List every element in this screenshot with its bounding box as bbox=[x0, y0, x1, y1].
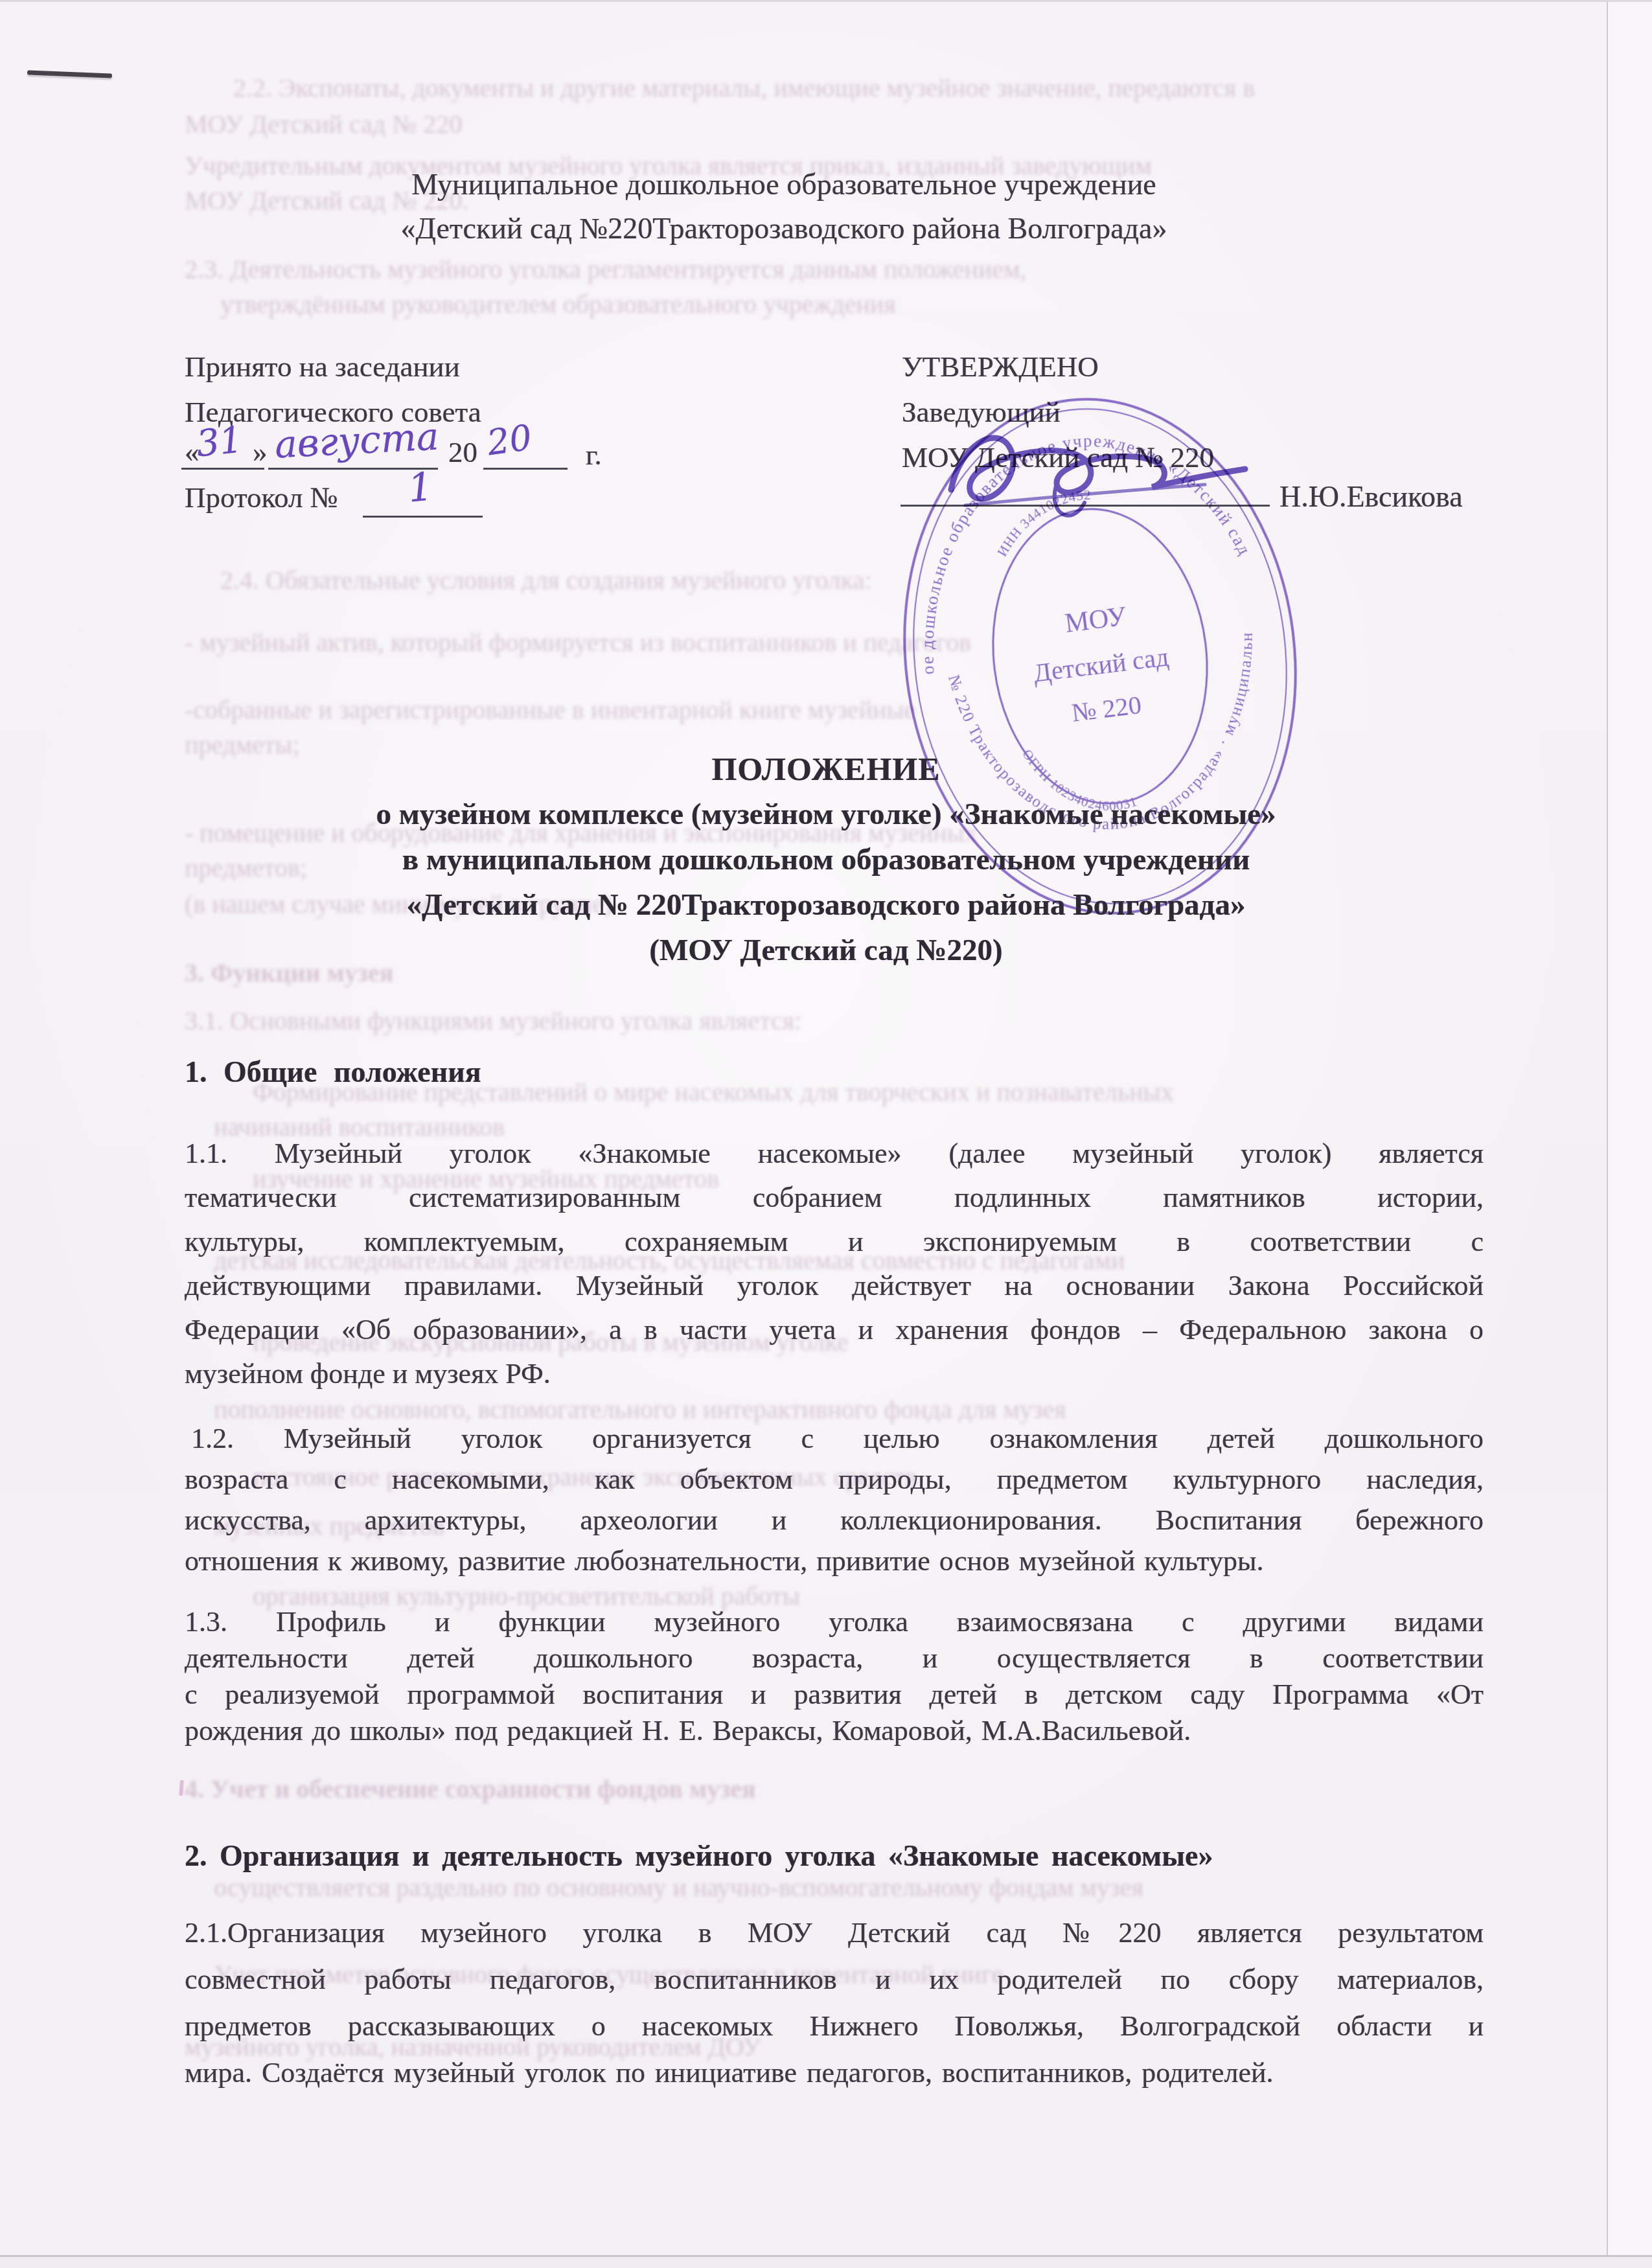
paragraph-1-2-line: искусства, архитектуры, археологии и кол… bbox=[185, 1504, 1484, 1537]
paragraph-1-1-line: культуры, комплектуемым, сохраняемым и э… bbox=[185, 1225, 1484, 1258]
handwritten-protocol-number: 1 bbox=[406, 464, 435, 511]
paragraph-1-2-line: возраста с насекомыми, как объектом прир… bbox=[185, 1463, 1484, 1496]
doc-title-line-3: в муниципальном дошкольном образовательн… bbox=[175, 842, 1477, 877]
paper-top-edge bbox=[0, 0, 1652, 2]
paragraph-1-3-line: деятельности детей дошкольного возраста,… bbox=[185, 1642, 1484, 1675]
year-printed: 20 bbox=[448, 435, 477, 469]
paragraph-1-1-line: Федерации «Об образовании», а в части уч… bbox=[185, 1313, 1484, 1346]
bleedthrough-text: 3.1. Основными функциями музейного уголк… bbox=[185, 1005, 801, 1036]
doc-title-line-4: «Детский сад № 220Тракторозаводского рай… bbox=[175, 888, 1477, 922]
paragraph-1-1-line: музейном фонде и музеях РФ. bbox=[185, 1357, 1484, 1390]
bleedthrough-text: 4. Учет и обеспечение сохранности фондов… bbox=[185, 1774, 756, 1804]
handwritten-year: 20 bbox=[485, 417, 534, 464]
bleedthrough-text: осуществляется раздельно по основному и … bbox=[214, 1872, 1143, 1903]
bleedthrough-text: 2.4. Обязательные условия для создания м… bbox=[220, 565, 872, 595]
doc-title-line-5: (МОУ Детский сад №220) bbox=[175, 933, 1477, 968]
handwritten-month: августа bbox=[273, 414, 440, 466]
paragraph-1-2-line: отношения к живому, развитие любознатель… bbox=[185, 1544, 1484, 1577]
paragraph-1-3-line: рождения до школы» под редакцией Н. Е. В… bbox=[185, 1714, 1484, 1747]
protocol-label: Протокол № bbox=[185, 481, 338, 514]
paragraph-1-3-line: 1.3. Профиль и функции музейного уголка … bbox=[185, 1605, 1484, 1638]
paper-right-edge bbox=[1608, 0, 1652, 2268]
accepted-label: Принято на заседании bbox=[185, 350, 460, 384]
date-day-underline bbox=[181, 468, 264, 470]
org-name-line-1: Муниципальное дошкольное образовательное… bbox=[149, 167, 1419, 201]
signature-scribble bbox=[926, 407, 1276, 536]
stamp-center-line-2: Детский сад bbox=[1032, 642, 1171, 687]
section1-heading: 1. Общие положения bbox=[185, 1055, 481, 1089]
bleedthrough-text: утверждённым руководителем образовательн… bbox=[220, 289, 896, 319]
bleedthrough-text: 2.2. Экспонаты, документы и другие матер… bbox=[233, 73, 1255, 103]
bleedthrough-text: 2.3. Деятельность музейного уголка регла… bbox=[185, 254, 1026, 284]
year-suffix: г. bbox=[586, 438, 602, 472]
paragraph-1-1-line: действующими правилами. Музейный уголок … bbox=[185, 1269, 1484, 1302]
handwritten-day: 31 bbox=[194, 418, 245, 465]
approved-label: УТВЕРЖДЕНО bbox=[902, 350, 1099, 384]
bleedthrough-text: - музейный актив, который формируется из… bbox=[185, 627, 971, 658]
doc-title-line-2: о музейном комплексе (музейном уголке) «… bbox=[175, 797, 1477, 832]
doc-title-line-1: ПОЛОЖЕНИЕ bbox=[175, 750, 1477, 788]
paragraph-2-1-line: предметов рассказывающих о насекомых Ниж… bbox=[185, 2010, 1484, 2043]
bleedthrough-text: МОУ Детский сад № 220 bbox=[185, 109, 463, 139]
paragraph-1-1-line: тематически систематизированным собрание… bbox=[185, 1181, 1484, 1214]
paper-bottom-edge bbox=[0, 2257, 1652, 2268]
paragraph-2-1-line: мира. Создаётся музейный уголок по иници… bbox=[185, 2056, 1484, 2089]
date-year-underline bbox=[483, 468, 568, 470]
paragraph-2-1-line: совместной работы педагогов, воспитанник… bbox=[185, 1963, 1484, 1996]
paper-right-edge-line bbox=[1607, 0, 1608, 2268]
paragraph-2-1-line: 2.1.Организация музейного уголка в МОУ Д… bbox=[185, 1916, 1484, 1949]
paragraph-1-1-line: 1.1. Музейный уголок «Знакомые насекомые… bbox=[185, 1137, 1484, 1170]
bleedthrough-text: -собранные и зарегистрированные в инвент… bbox=[185, 694, 915, 725]
scanned-document-page: 2.2. Экспонаты, документы и другие матер… bbox=[0, 0, 1652, 2268]
bleedthrough-text: пополнение основного, вспомогательного и… bbox=[214, 1394, 1066, 1425]
stamp-center-line-3: № 220 bbox=[1070, 690, 1143, 727]
paragraph-1-3-line: с реализуемой программой воспитания и ра… bbox=[185, 1678, 1484, 1711]
date-quote-close: » bbox=[253, 435, 268, 469]
paragraph-1-2-line: 1.2. Музейный уголок организуется с цель… bbox=[191, 1422, 1484, 1455]
org-name-line-2: «Детский сад №220Тракторозаводского райо… bbox=[149, 211, 1419, 246]
signer-name: Н.Ю.Евсикова bbox=[1279, 479, 1463, 514]
stamp-center-line-1: МОУ bbox=[1063, 602, 1128, 639]
section2-heading: 2. Организация и деятельность музейного … bbox=[185, 1838, 1213, 1873]
protocol-underline bbox=[363, 516, 483, 518]
